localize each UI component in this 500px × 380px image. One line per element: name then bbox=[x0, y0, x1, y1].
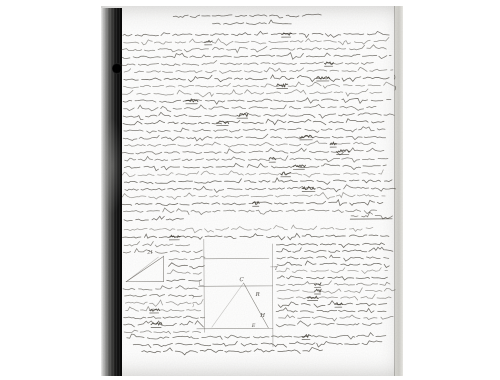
paper-grain-texture bbox=[101, 6, 403, 376]
scan-background: CRHET21 bbox=[0, 0, 500, 380]
manuscript-photo bbox=[101, 6, 403, 376]
